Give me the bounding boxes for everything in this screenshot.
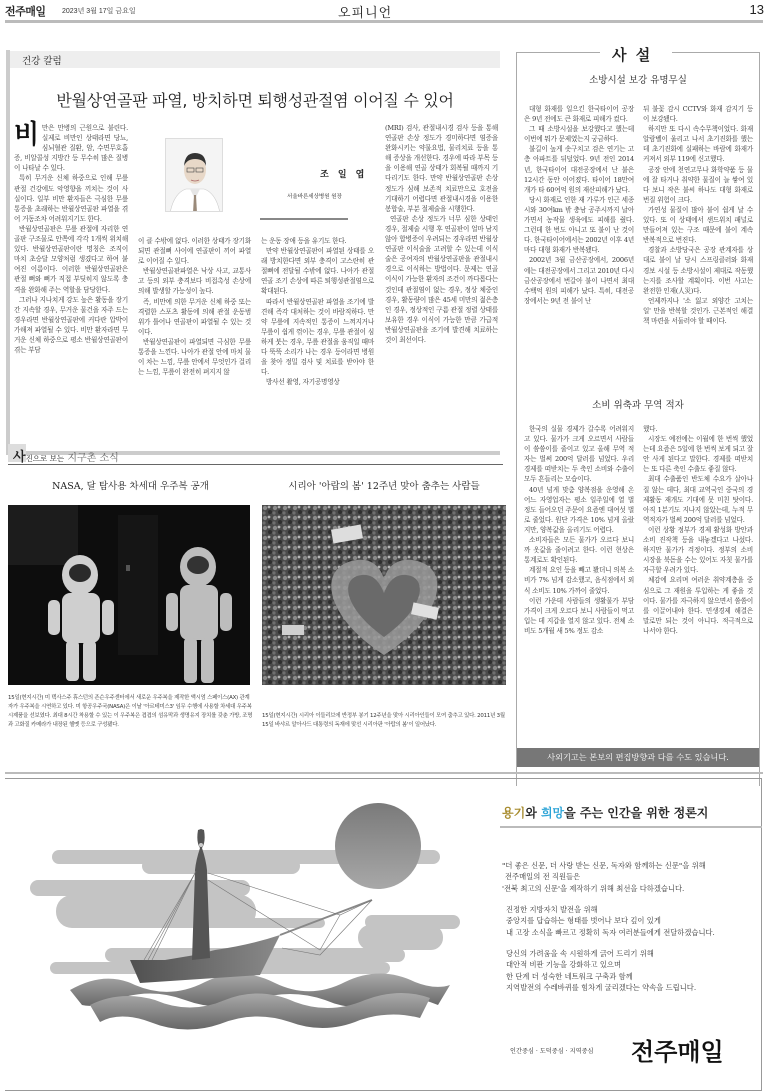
- paragraph: 반월상연골판이 파열되면 극심한 무릎 통증을 느낀다. 나아가 관절 안에 마…: [138, 337, 251, 377]
- editorial-column-2: 뒤 불꽃 감시 CCTV와 화재 감지기 등이 보강됐다. 하지만 또 다시 속…: [643, 104, 753, 326]
- paragraph: 그 때 소방시설을 보강했다고 했는데 이번에 뭐가 문제였는지 궁금하다.: [524, 124, 634, 144]
- spacesuit-image-icon: [8, 505, 250, 685]
- paragraph: 40년 넘게 맞춤 양복점을 운영해 온 어느 자영업자는 평소 일주일에 열 …: [524, 485, 634, 535]
- slogan-hope: 희망: [541, 806, 564, 820]
- issue-date: 2023년 3월 17일 금요일: [62, 6, 136, 16]
- paragraph: 한국의 실물 경제가 갈수록 어려워지고 있다. 물가가 크게 오르면서 사람들…: [524, 424, 634, 485]
- paragraph: 뒤 불꽃 감시 CCTV와 화재 감지기 등이 보강됐다.: [643, 104, 753, 124]
- paragraph: 언제까지나 '소 잃고 외양간 고치는 일' 만을 반복할 것인가. 근본적인 …: [643, 296, 753, 326]
- paragraph: 연골판 손상 정도가 너무 심한 상태인 경우, 절제술 시행 후 연골판이 얼…: [385, 214, 498, 345]
- ad-line: 한 단계 더 성숙한 네트워크 구축과 함께: [506, 971, 696, 982]
- newspaper-brand: 전주매일: [5, 3, 46, 19]
- paragraph: 불길이 높게 솟구치고 검은 연기는 고층 아파트를 뒤덮었다. 9년 전인 2…: [524, 144, 634, 194]
- nasa-spacesuit-photo: [8, 505, 250, 685]
- ad-illustration: [20, 800, 490, 1090]
- paragraph: 그러나 지나치게 강도 높은 활동을 장기간 지속할 경우, 무거운 물건을 자…: [14, 295, 128, 356]
- ad-line: '전북 최고의 신문'을 제작하기 위해 최선을 다하겠습니다.: [502, 883, 706, 894]
- crowd-image-icon: [262, 505, 506, 685]
- author-photo-icon: [166, 139, 223, 212]
- masthead-rule: [5, 20, 763, 23]
- ad-slogan-rule: [500, 826, 762, 828]
- ad-paragraph-1: "더 좋은 신문, 더 사랑 받는 신문, 독자와 함께하는 신문"을 위해 전…: [502, 860, 706, 894]
- paragraph: 는 운동 장애 등을 유기도 한다.: [261, 236, 374, 246]
- ad-line: 지역발전의 수레바퀴를 힘차게 굴리겠다는 약속을 드립니다.: [506, 982, 696, 993]
- ad-slogan: 용기와 희망을 주는 인간을 위한 정론지: [502, 804, 708, 821]
- paragraph: 반월상연골판은 무릎 관절에 자리한 연골판 구조물로 안쪽에 각각 1개씩 위…: [14, 224, 128, 295]
- label-initial: 사: [13, 450, 26, 465]
- paragraph: 이 클 수밖에 없다. 이러한 상태가 장기화되면 관절뼈 사이에 연골판이 끼…: [138, 236, 251, 266]
- photo-title-syria: 시리아 '아랍의 봄' 12주년 맞아 춤추는 사람들: [262, 478, 506, 492]
- ad-line: "더 좋은 신문, 더 사랑 받는 신문, 독자와 함께하는 신문"을 위해: [502, 860, 706, 871]
- ad-line: 대안적 비판 기능을 강화하고 있으며: [506, 959, 696, 970]
- paragraph: 이런 상황 정부가 경제 활성화 방안과 소비 진작책 등을 내놓겠다고 나섰다…: [643, 525, 753, 575]
- ad-line: 내 고장 소식을 빠르고 정확히 독자 여러분들에게 전달하겠습니다.: [506, 927, 715, 938]
- health-column-label-bar: [10, 51, 500, 68]
- editorial-column-1: 대형 화재를 일으킨 한국타이어 공장은 9년 전에도 큰 화재로 피해가 컸다…: [524, 104, 634, 306]
- paragraph: 특히 무거운 신체 하중으로 인해 무릎 관절 건강에도 악영향을 끼치는 것이…: [14, 173, 128, 223]
- paragraph: (MRI) 검사, 관절내시경 검사 등을 통해 연골판 손상 정도가 경미하다…: [385, 123, 498, 214]
- editorial-header: 사 설: [612, 44, 652, 65]
- paragraph: 계절적 요인 등을 빼고 봤더니 의복 소비가 7% 넘게 감소했고, 음식점에…: [524, 565, 634, 595]
- paragraph: 경찰과 소방당국은 공장 관계자를 상대로 불이 날 당시 스프링클러와 화재 …: [643, 245, 753, 295]
- paragraph: 대형 화재를 일으킨 한국타이어 공장은 9년 전에도 큰 화재로 피해가 컸다…: [524, 104, 634, 124]
- paragraph: 소비자들은 모든 물가가 오르다 보니까 옷값을 줄이려고 한다. 이런 현상은…: [524, 535, 634, 565]
- paragraph: 당시 화재로 인한 재 가루가 인근 세종시와 30여km 밖 충남 공주시까지…: [524, 195, 634, 256]
- health-column-label: 건강 칼럼: [22, 53, 62, 67]
- section-divider: [5, 772, 763, 774]
- health-text-column-2: 이 클 수밖에 없다. 이러한 상태가 장기화되면 관절뼈 사이에 연골판이 끼…: [138, 236, 251, 377]
- paragraph: 2002년 3월 금산공장에서, 2006년에는 대전공장에서 그리고 2010…: [524, 255, 634, 305]
- section-title: 오피니언: [338, 2, 392, 21]
- syria-crowd-photo: [262, 505, 506, 685]
- paragraph: 가연성 물질이 많아 불이 쉽게 날 수 있다. 또 이 상태에서 샌드위치 패…: [643, 205, 753, 245]
- slogan-courage: 용기: [502, 806, 525, 820]
- ad-paragraph-3: 당신의 가려움을 속 시원하게 긁어 드리기 위해 대안적 비판 기능을 강화하…: [506, 948, 696, 993]
- paragraph: 이런 가운데 사람들의 생활물가 부담 가격이 크게 오르다 보니 사람들이 먹…: [524, 596, 634, 636]
- author-name: 조 일 엽: [320, 167, 367, 180]
- photo-section-label: 사진으로 보는 지구촌 소식: [13, 446, 119, 465]
- photo-section-rule: [8, 464, 503, 465]
- ad-line: 중앙지를 답습하는 형태를 벗어나 보다 깊이 있게: [506, 915, 715, 926]
- editorial-title: 소방시설 보강 유명무실: [516, 72, 760, 86]
- masthead: 전주매일 2023년 3월 17일 금요일 오피니언 13: [0, 0, 768, 24]
- health-text-column-1: 비 만은 만병의 근원으로 불린다. 실제로 비만인 상태라면 당뇨, 심뇌혈관…: [14, 123, 128, 355]
- photo-caption-syria: 15일(현지시간) 시리아 이들리브에 반정부 봉기 12주년을 맞아 시리아인…: [262, 712, 506, 730]
- ad-tagline: 인간중심 · 도덕중심 · 지역중심: [510, 1046, 594, 1055]
- ad-logo: 전주매일: [631, 1032, 724, 1067]
- disclaimer-banner: 사외기고는 본보의 편집방향과 다를 수도 있습니다.: [517, 748, 759, 767]
- paragraph: 따라서 반월상연골판 파열을 조기에 발견해 즉각 대처하는 것이 바람직하다.…: [261, 297, 374, 378]
- paragraph: 체감에 요리며 여러운 취약계층을 중심으로 그 재원을 투입하는 게 좋을 것…: [643, 575, 753, 636]
- health-text-column-4: (MRI) 검사, 관절내시경 검사 등을 통해 연골판 손상 정도가 경미하다…: [385, 123, 498, 345]
- opinion-column-1: 한국의 실물 경제가 갈수록 어려워지고 있다. 물가가 크게 오르면서 사람들…: [524, 424, 634, 636]
- author-rule: [260, 218, 348, 220]
- dropcap: 비: [14, 124, 39, 146]
- paragraph: 최대 수출품인 반도체 수요가 살아나질 않는 데다, 최대 교역국인 중국의 …: [643, 474, 753, 524]
- label-mid: 진으로 보는: [26, 454, 65, 463]
- ad-line: 진정한 지방자치 발전을 위해: [506, 904, 715, 915]
- author-title: 서울바른세상병원 원장: [287, 192, 342, 200]
- photo-caption-nasa: 15일(현지시간) 미 텍사스주 휴스턴의 존슨우주센터에서 새로운 우주복을 …: [8, 694, 253, 730]
- page-number: 13: [750, 2, 764, 17]
- slogan-rest: 을 주는 인간을 위한 정론지: [564, 806, 708, 820]
- paragraph: 시장도 예전에는 이월에 한 번씩 했었는데 요즘은 5일에 한 번씩 보게 되…: [643, 434, 753, 474]
- photo-title-nasa: NASA, 달 탐사용 차세대 우주복 공개: [8, 478, 253, 492]
- paragraph: 하지만 또 다시 속수무책이었다. 화재 알람벨이 울리고 나서 초기진화를 했…: [643, 124, 753, 164]
- slogan-conj: 와: [525, 806, 541, 820]
- paragraph: 만약 반월상연골판이 파열된 상태를 오래 방치한다면 외부 충격이 고스란히 …: [261, 246, 374, 296]
- ad-paragraph-2: 진정한 지방자치 발전을 위해 중앙지를 답습하는 형태를 벗어나 보다 깊이 …: [506, 904, 715, 938]
- paragraph: 방사선 촬영, 자기공명영상: [261, 377, 374, 387]
- paragraph: 공장 안에 천연고무나 화학약품 등 물에 잘 타거나 취약한 물질이 늘 쌓여…: [643, 165, 753, 205]
- ad-line: 당신의 가려움을 속 시원하게 긁어 드리기 위해: [506, 948, 696, 959]
- opinion-column-2: 했다. 시장도 예전에는 이월에 한 번씩 했었는데 요즘은 5일에 한 번씩 …: [643, 424, 753, 636]
- pen-ship-illustration-icon: [20, 800, 490, 1090]
- health-text-column-3: 는 운동 장애 등을 유기도 한다. 만약 반월상연골판이 파열된 상태를 오래…: [261, 236, 374, 387]
- paragraph: 했다.: [643, 424, 753, 434]
- health-column-title: 반월상연골판 파열, 방치하면 퇴행성관절염 이어질 수 있어: [10, 88, 500, 111]
- paragraph: 즉, 비만에 의한 무거운 신체 하중 또는 격렬한 스포츠 활동에 의해 관절…: [138, 297, 251, 337]
- label-rest: 지구촌 소식: [64, 453, 119, 464]
- paragraph: 반월상연골판파열은 낙상 사고, 교통사고 등의 외부 충격보다 비접촉성 손상…: [138, 266, 251, 296]
- ad-line: 전주매일의 전 직원들은: [502, 871, 706, 882]
- opinion-title: 소비 위축과 무역 적자: [516, 397, 760, 411]
- author-portrait: [165, 138, 223, 212]
